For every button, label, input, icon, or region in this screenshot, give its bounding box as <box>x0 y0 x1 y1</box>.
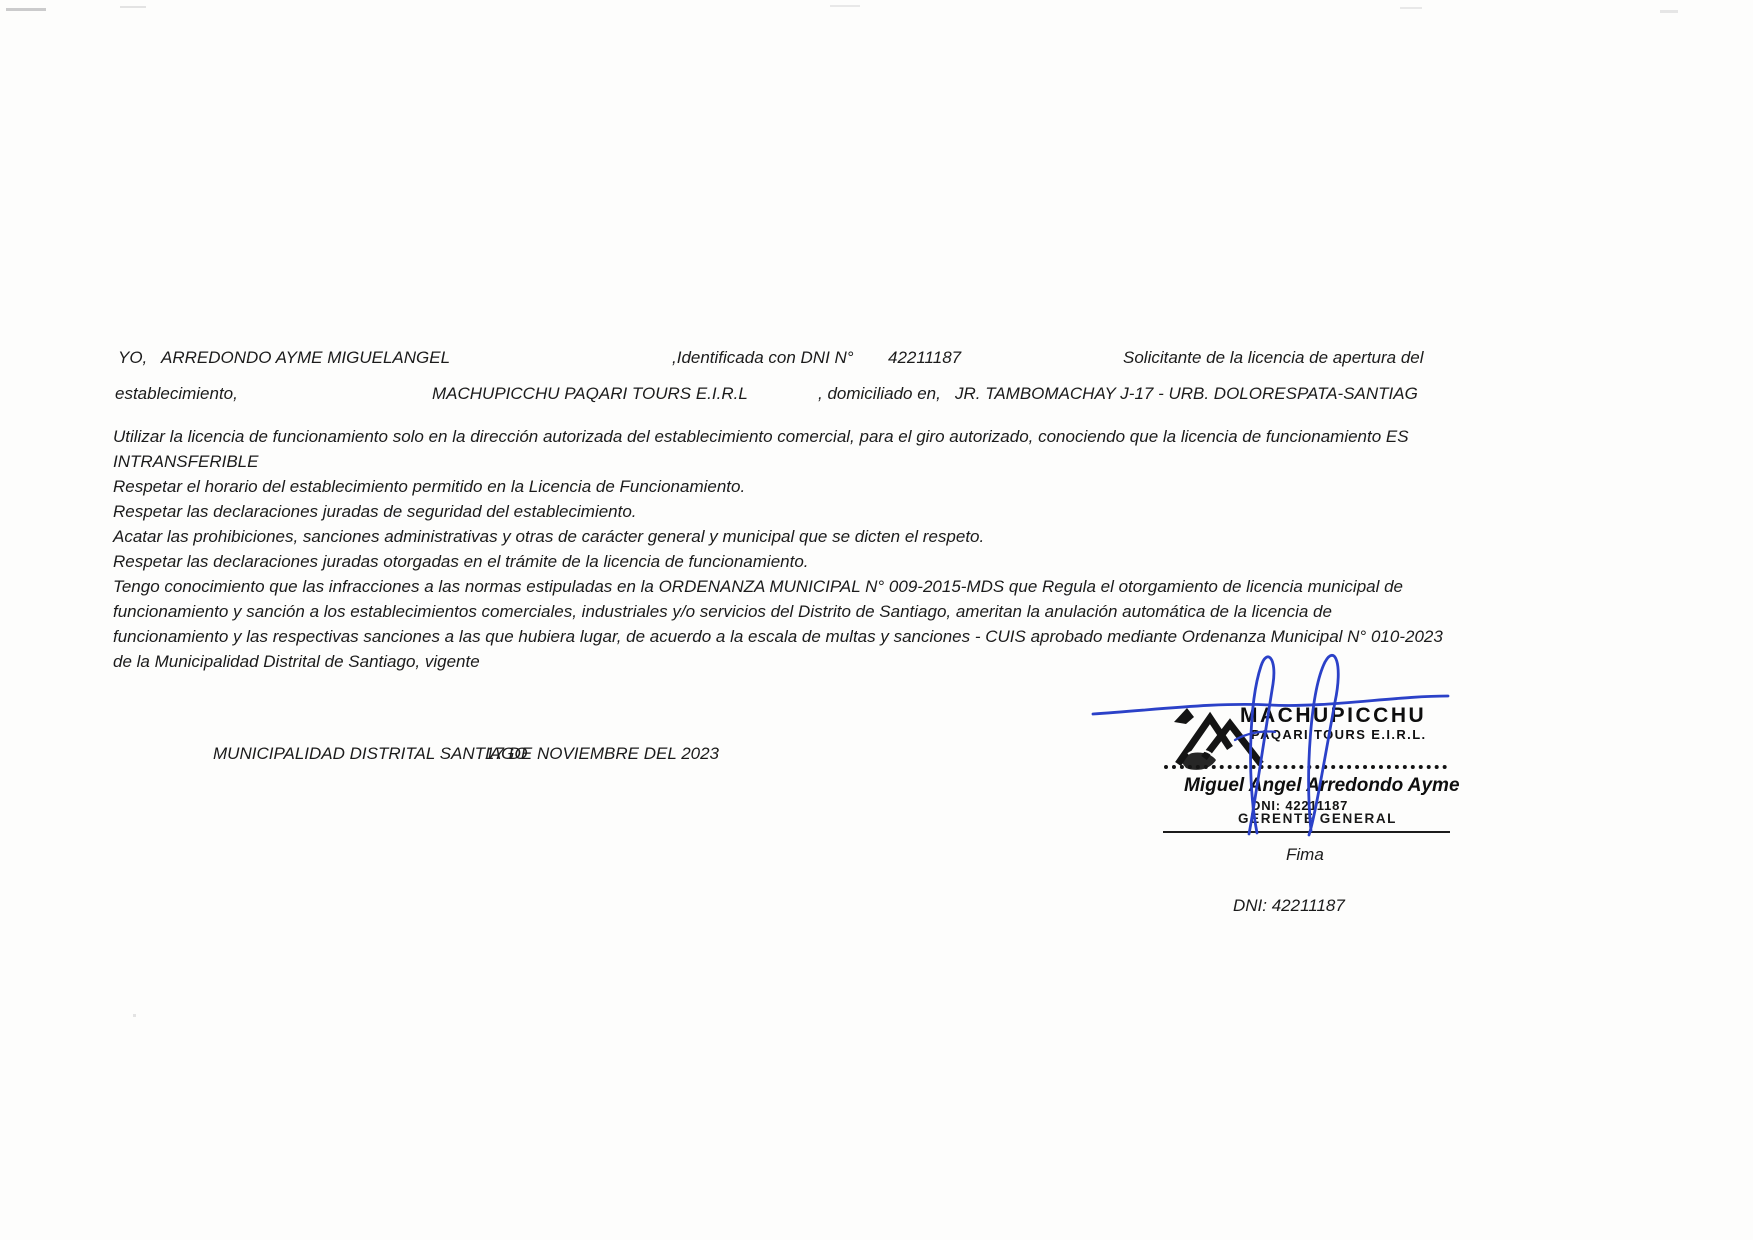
solicitante-label: Solicitante de la licencia de apertura d… <box>1123 348 1424 368</box>
obligation-line: Respetar el horario del establecimiento … <box>113 474 1453 499</box>
address-value: JR. TAMBOMACHAY J-17 - URB. DOLORESPATA-… <box>955 384 1418 404</box>
obligations-paragraph: Utilizar la licencia de funcionamiento s… <box>113 424 1453 674</box>
obligation-line: funcionamiento y sanción a los estableci… <box>113 599 1453 624</box>
scan-noise <box>1400 7 1422 9</box>
domiciliado-label: , domiciliado en, <box>818 384 941 404</box>
scan-noise <box>1660 10 1678 13</box>
issue-date: 17 DE NOVIEMBRE DEL 2023 <box>485 744 719 764</box>
firma-label: Fima <box>1286 845 1324 865</box>
scan-noise <box>133 1014 136 1017</box>
obligation-line: Respetar las declaraciones juradas otorg… <box>113 549 1453 574</box>
identified-with-label: ,Identificada con DNI N° <box>672 348 854 368</box>
dni-bottom-line: DNI: 42211187 <box>1233 896 1345 916</box>
municipality-name: MUNICIPALIDAD DISTRITAL SANTIAGO <box>213 744 528 764</box>
obligation-line: INTRANSFERIBLE <box>113 449 1453 474</box>
applicant-name-value: ARREDONDO AYME MIGUELANGEL <box>161 348 450 368</box>
obligation-line: funcionamiento y las respectivas sancion… <box>113 624 1453 649</box>
obligation-line: Acatar las prohibiciones, sanciones admi… <box>113 524 1453 549</box>
yo-label: YO, <box>118 348 147 368</box>
scan-noise <box>6 8 46 11</box>
business-name-value: MACHUPICCHU PAQARI TOURS E.I.R.L <box>432 384 748 404</box>
scanned-document-page: YO, ARREDONDO AYME MIGUELANGEL ,Identifi… <box>0 0 1753 1240</box>
obligation-line: Tengo conocimiento que las infracciones … <box>113 574 1453 599</box>
dni-number-value: 42211187 <box>888 348 961 368</box>
scan-noise <box>120 6 146 8</box>
scan-noise <box>830 5 860 7</box>
establecimiento-label: establecimiento, <box>115 384 238 404</box>
obligation-line: Respetar las declaraciones juradas de se… <box>113 499 1453 524</box>
obligation-line: Utilizar la licencia de funcionamiento s… <box>113 424 1453 449</box>
handwritten-signature <box>1085 650 1460 840</box>
